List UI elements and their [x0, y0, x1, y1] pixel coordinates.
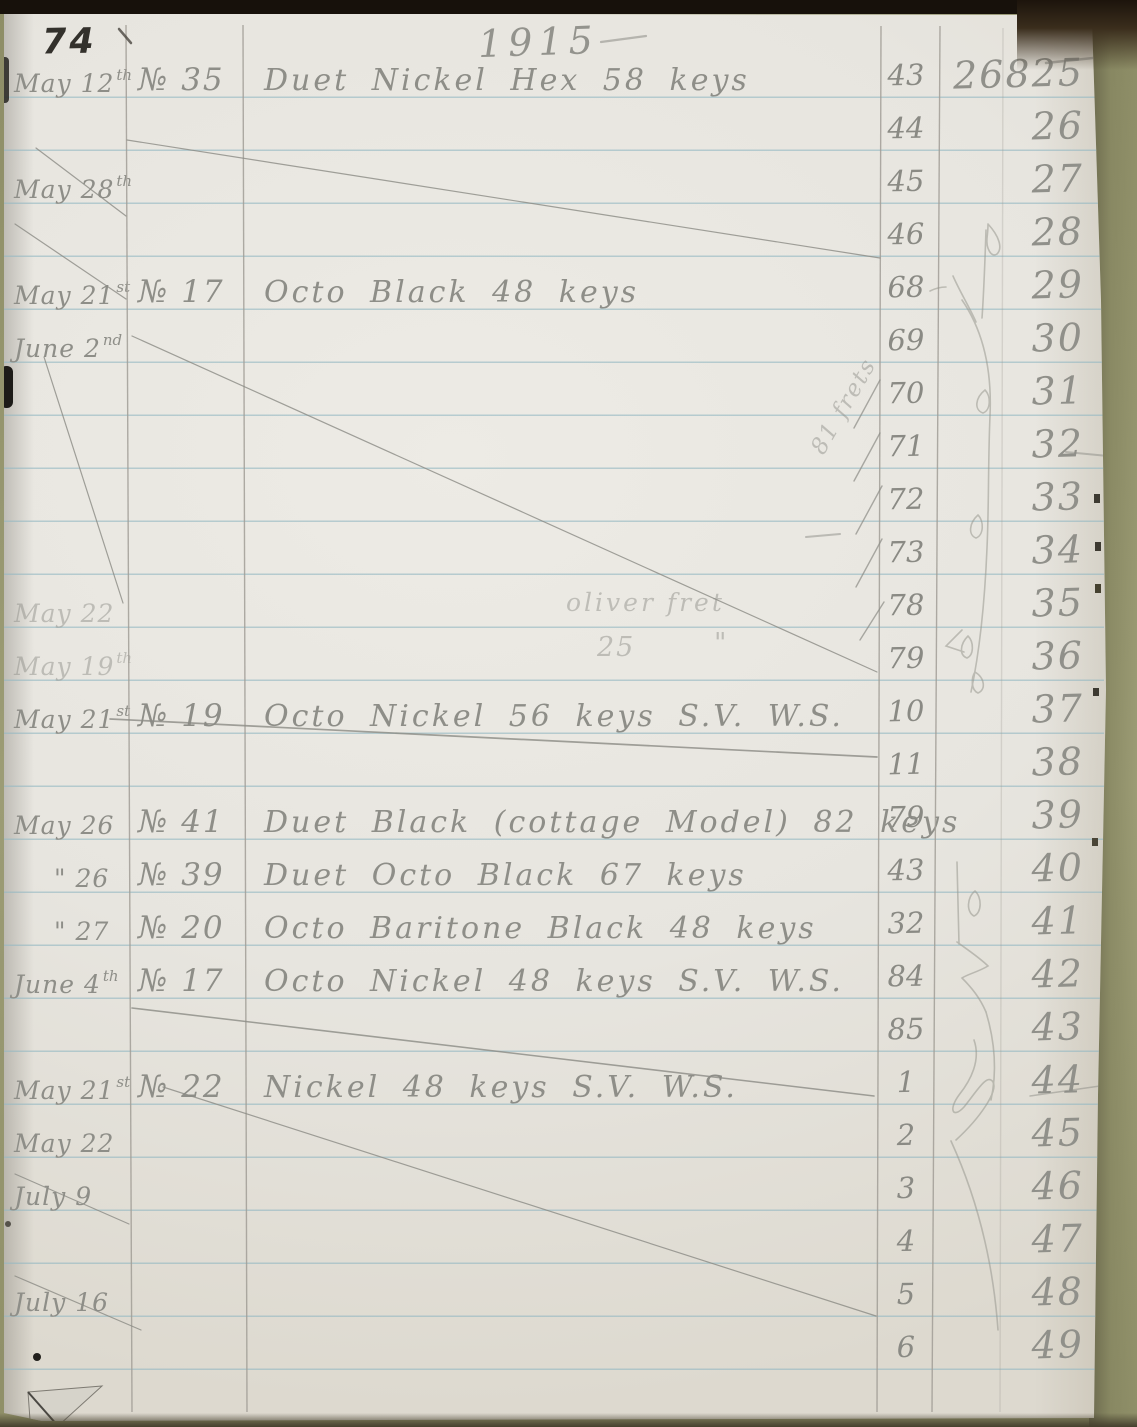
date-ordinal-suffix: th	[116, 172, 132, 190]
ledger-entry-row: May 21st№ 19Octo Nickel 56 keys S.V. W.S…	[0, 690, 885, 736]
margin-note-price: 25	[597, 632, 635, 663]
serial-cell: 46	[937, 1163, 1090, 1217]
serial-cell: 29	[937, 262, 1090, 316]
date-ordinal-suffix: th	[116, 66, 132, 84]
entry-number: № 19	[138, 698, 225, 734]
scan-bottom-shadow	[0, 1413, 1137, 1427]
serial-cell: 32	[937, 421, 1090, 475]
serial-cell: 28	[937, 209, 1090, 263]
date-ordinal-suffix: th	[116, 649, 132, 667]
ledger-paper: 74 1915 May 12th№ 35Duet Nickel Hex 58 k…	[0, 0, 1137, 1427]
quantity-cell: 1	[878, 1065, 935, 1110]
entry-number: № 41	[138, 804, 225, 840]
quantity-cell: 44	[878, 111, 935, 156]
serial-cell: 35	[937, 580, 1090, 634]
entry-date: " 27	[14, 917, 109, 946]
date-ordinal-suffix: st	[116, 1073, 130, 1091]
entry-description: Octo Black 48 keys	[264, 275, 639, 310]
entry-date: May 12th	[14, 66, 132, 98]
ledger-entry-row: May 22	[0, 584, 885, 630]
ledger-entry-row: " 27№ 20Octo Baritone Black 48 keys	[0, 902, 885, 948]
ledger-entry-row: May 21st№ 22Nickel 48 keys S.V. W.S.	[0, 1061, 885, 1107]
ledger-entry-row: May 21st№ 17Octo Black 48 keys	[0, 266, 885, 312]
serial-cell: 48	[937, 1269, 1090, 1323]
ledger-entry-row: June 2nd	[0, 319, 885, 365]
entry-description: Duet Octo Black 67 keys	[264, 858, 747, 893]
serial-cell: 27	[937, 156, 1090, 210]
quantity-cell: 71	[878, 429, 935, 474]
quantity-cell: 46	[878, 217, 935, 262]
entry-description: Octo Nickel 48 keys S.V. W.S.	[264, 964, 844, 999]
serial-cell: 37	[937, 686, 1090, 740]
ledger-entry-row: July 16	[0, 1273, 885, 1319]
quantity-cell: 4	[878, 1224, 935, 1269]
entry-date: May 28th	[14, 172, 132, 204]
ledger-entry-row: July 9	[0, 1167, 885, 1213]
serial-cell: 47	[937, 1216, 1090, 1270]
serial-cell: 30	[937, 315, 1090, 369]
quantity-cell: 45	[878, 164, 935, 209]
entry-date: June 4th	[14, 967, 119, 999]
serial-cell: 33	[937, 474, 1090, 528]
entry-description: Nickel 48 keys S.V. W.S.	[264, 1070, 738, 1105]
entry-number: № 17	[138, 274, 225, 310]
quantity-cell: 85	[878, 1012, 935, 1057]
entry-number: № 20	[138, 910, 225, 946]
serial-cell: 44	[937, 1057, 1090, 1111]
entry-description: Duet Nickel Hex 58 keys	[264, 63, 750, 98]
ledger-entry-row: " 26№ 39Duet Octo Black 67 keys	[0, 849, 885, 895]
ledger-entry-row: May 12th№ 35Duet Nickel Hex 58 keys	[0, 54, 885, 100]
ledger-entry-row: May 19th	[0, 637, 885, 683]
scan-top-shadow	[0, 0, 1137, 14]
quantity-cell: 43	[878, 853, 935, 898]
serial-cell: 45	[937, 1110, 1090, 1164]
entry-date: May 21st	[14, 1073, 130, 1105]
serial-cell: 41	[937, 898, 1090, 952]
serial-cell: 26	[937, 103, 1090, 157]
quantity-cell: 73	[878, 535, 935, 580]
quantity-cell: 68	[878, 270, 935, 315]
entry-date: May 21st	[14, 702, 130, 734]
ledger-entry-row: May 28th	[0, 160, 885, 206]
quantity-cell: 3	[878, 1171, 935, 1216]
quantity-cell: 10	[878, 694, 935, 739]
entry-date: May 21st	[14, 278, 130, 310]
serial-cell: 38	[937, 739, 1090, 793]
entry-number: № 22	[138, 1069, 225, 1105]
entry-date: May 19th	[14, 649, 132, 681]
date-ordinal-suffix: nd	[103, 331, 122, 349]
entry-date: May 22	[14, 599, 114, 628]
serial-cell: 39	[937, 792, 1090, 846]
entry-number: № 39	[138, 857, 225, 893]
quantity-cell: 5	[878, 1277, 935, 1322]
entry-number: № 35	[138, 62, 225, 98]
margin-note-oliver-fret: oliver fret	[566, 588, 725, 617]
serial-cell: 42	[937, 951, 1090, 1005]
scanned-ledger-page: 74 1915 May 12th№ 35Duet Nickel Hex 58 k…	[0, 0, 1137, 1427]
scan-top-right-shadow	[1017, 0, 1137, 70]
ditto-mark: "	[714, 628, 726, 659]
date-ordinal-suffix: st	[116, 702, 130, 720]
quantity-cell: 78	[878, 588, 935, 633]
entry-description: Duet Black (cottage Model) 82 keys	[264, 805, 960, 840]
entry-description: Octo Baritone Black 48 keys	[264, 911, 817, 946]
ledger-entry-row: May 26№ 41Duet Black (cottage Model) 82 …	[0, 796, 885, 842]
quantity-cell: 11	[878, 747, 935, 792]
quantity-cell: 6	[878, 1330, 935, 1375]
ledger-entry-row: June 4th№ 17Octo Nickel 48 keys S.V. W.S…	[0, 955, 885, 1001]
serial-cell: 36	[937, 633, 1090, 687]
date-ordinal-suffix: th	[103, 967, 119, 985]
entry-date: July 16	[14, 1288, 109, 1317]
serial-cell: 31	[937, 368, 1090, 422]
entry-number: № 17	[138, 963, 225, 999]
quantity-cell: 2	[878, 1118, 935, 1163]
entry-date: " 26	[14, 864, 109, 893]
quantity-cell: 84	[878, 959, 935, 1004]
quantity-cell: 69	[878, 323, 935, 368]
entry-date: June 2nd	[14, 331, 122, 363]
serial-cell: 49	[937, 1322, 1090, 1376]
quantity-cell: 70	[878, 376, 935, 421]
entry-description: Octo Nickel 56 keys S.V. W.S.	[264, 699, 844, 734]
date-ordinal-suffix: st	[116, 278, 130, 296]
entry-date: July 9	[14, 1182, 92, 1211]
quantity-cell: 79	[878, 800, 935, 845]
quantity-cell: 43	[878, 58, 935, 103]
serial-cell: 34	[937, 527, 1090, 581]
serial-cell: 43	[937, 1004, 1090, 1058]
quantity-cell: 79	[878, 641, 935, 686]
entry-date: May 22	[14, 1129, 114, 1158]
quantity-cell: 32	[878, 906, 935, 951]
serial-cell: 40	[937, 845, 1090, 899]
quantity-cell: 72	[878, 482, 935, 527]
ledger-entry-row: May 22	[0, 1114, 885, 1160]
entry-date: May 26	[14, 811, 114, 840]
